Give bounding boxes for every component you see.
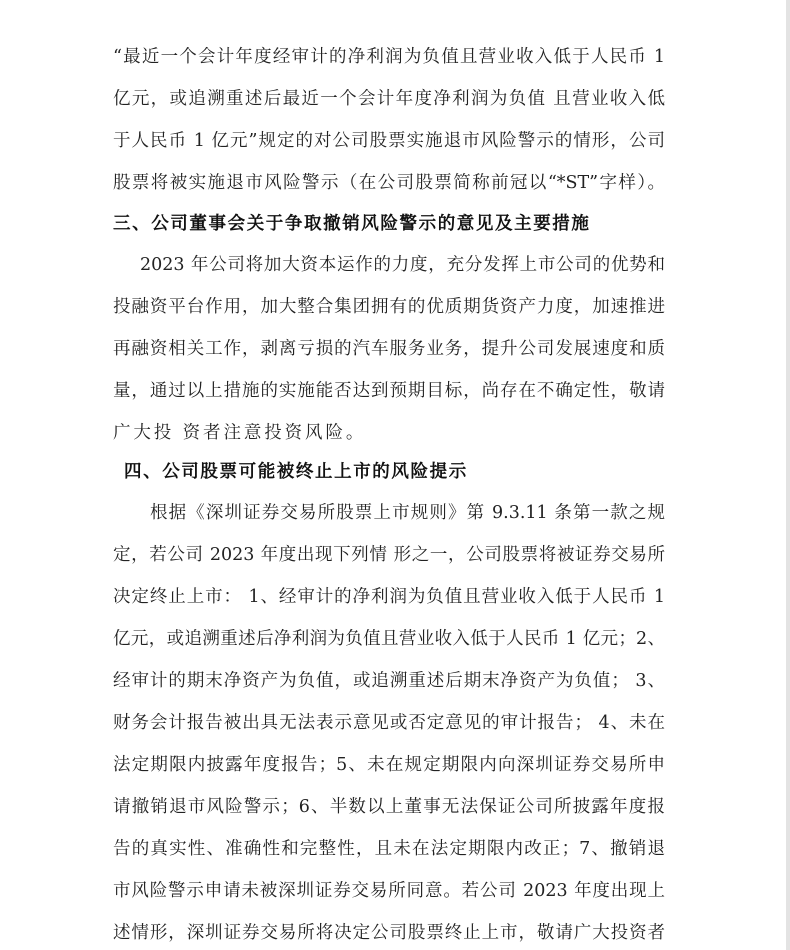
paragraph-line: 请撤销退市风险警示；6、半数以上董事无法保证公司所披露年度报 — [113, 792, 665, 822]
paragraph-line: 财务会计报告被出具无法表示意见或否定意见的审计报告； 4、未在 — [113, 708, 665, 738]
paragraph-line: 经审计的期末净资产为负值，或追溯重述后期末净资产为负值； 3、 — [113, 666, 665, 696]
paragraph-line: 法定期限内披露年度报告；5、未在规定期限内向深圳证券交易所申 — [113, 750, 665, 780]
paragraph-line: 广大投 资者注意投资风险。 — [113, 418, 665, 448]
paragraph-line: 述情形，深圳证券交易所将决定公司股票终止上市，敬请广大投资者 — [113, 918, 665, 948]
section-heading-3: 三、公司董事会关于争取撤销风险警示的意见及主要措施 — [113, 209, 665, 239]
paragraph-line: 2023 年公司将加大资本运作的力度，充分发挥上市公司的优势和 — [140, 250, 665, 280]
paragraph-line: 决定终止上市： 1、经审计的净利润为负值且营业收入低于人民币 1 — [113, 582, 665, 612]
scrollbar-track[interactable] — [786, 0, 790, 950]
paragraph-line: 于人民币 1 亿元”规定的对公司股票实施退市风险警示的情形，公司 — [113, 126, 665, 156]
paragraph-line: 亿元，或追溯重述后净利润为负值且营业收入低于人民币 1 亿元；2、 — [113, 624, 665, 654]
paragraph-line: 再融资相关工作，剥离亏损的汽车服务业务，提升公司发展速度和质 — [113, 334, 665, 364]
paragraph-line: 投融资平台作用，加大整合集团拥有的优质期货资产力度，加速推进 — [113, 292, 665, 322]
section-heading-4: 四、公司股票可能被终止上市的风险提示 — [124, 457, 676, 487]
paragraph-line: 市风险警示申请未被深圳证券交易所同意。若公司 2023 年度出现上 — [113, 876, 665, 906]
paragraph-line: 量，通过以上措施的实施能否达到预期目标，尚存在不确定性，敬请 — [113, 376, 665, 406]
paragraph-line: 定，若公司 2023 年度出现下列情 形之一，公司股票将被证券交易所 — [113, 540, 665, 570]
paragraph-line: “最近一个会计年度经审计的净利润为负值且营业收入低于人民币 1 — [113, 42, 665, 72]
paragraph-line: 根据《深圳证券交易所股票上市规则》第 9.3.11 条第一款之规 — [150, 498, 665, 528]
paragraph-line: 股票将被实施退市风险警示（在公司股票简称前冠以“*ST”字样）。 — [113, 168, 665, 198]
paragraph-line: 亿元，或追溯重述后最近一个会计年度净利润为负值 且营业收入低 — [113, 84, 665, 114]
paragraph-line: 告的真实性、准确性和完整性，且未在法定期限内改正；7、撤销退 — [113, 834, 665, 864]
document-page: “最近一个会计年度经审计的净利润为负值且营业收入低于人民币 1 亿元，或追溯重述… — [0, 0, 786, 950]
